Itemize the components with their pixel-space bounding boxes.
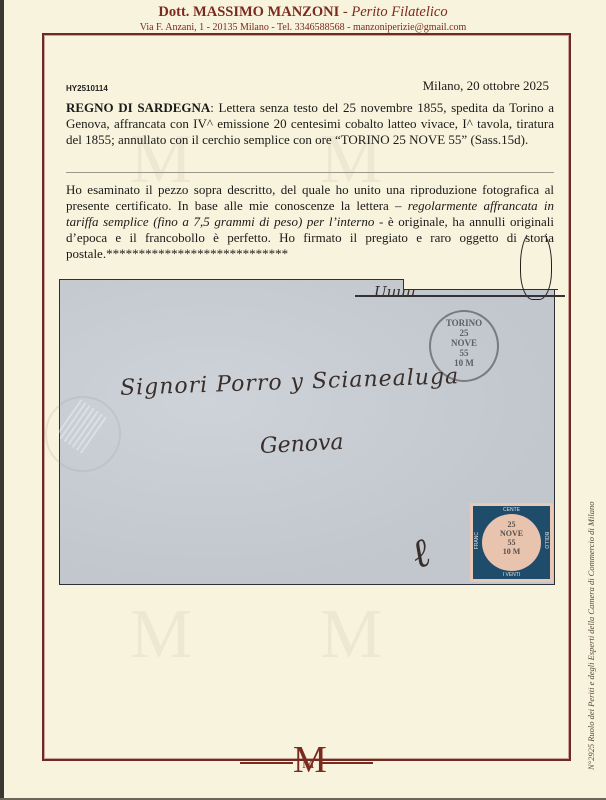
handwritten-city: Genova [259,430,344,459]
scan-edge [0,0,4,800]
expert-name-line: Dott. MASSIMO MANZONI - Perito Filatelic… [0,4,606,21]
divider [66,172,554,173]
certificate-code: HY2510114 [66,84,108,93]
letterhead: Dott. MASSIMO MANZONI - Perito Filatelic… [0,4,606,33]
watermark-m: M [320,595,382,675]
place-date: Milano, 20 ottobre 2025 [423,78,549,94]
stamp-cancel: 25 NOVE 55 10 M [482,514,541,571]
item-description: REGNO DI SARDEGNA: Lettera senza testo d… [66,100,554,148]
watermark-m: M [130,595,192,675]
handwritten-note: Uuuu. [374,283,420,301]
signature-stroke [355,295,565,297]
logo-rule-left [240,762,293,764]
postage-stamp: CENTE FRANC BOLLO 25 NOVE 55 10 M I VENT… [470,503,553,582]
stamp-frame: CENTE FRANC BOLLO 25 NOVE 55 10 M I VENT… [473,506,550,579]
monogram-logo: M M [293,738,321,782]
logo-rule-right [321,762,373,764]
expert-title: Perito Filatelico [351,4,447,20]
description-heading: REGNO DI SARDEGNA [66,100,210,115]
expert-name: Dott. MASSIMO MANZONI [158,4,339,20]
postmark-circle: TORINO 25 NOVE 55 10 M [429,310,499,382]
expert-signature [520,228,552,300]
registry-note: N°2925 Ruolo dei Periti e degli Esperti … [586,502,596,770]
expert-address: Via F. Anzani, 1 - 20135 Milano - Tel. 3… [0,22,606,33]
expert-opinion: Ho esaminato il pezzo sopra descritto, d… [66,182,554,262]
